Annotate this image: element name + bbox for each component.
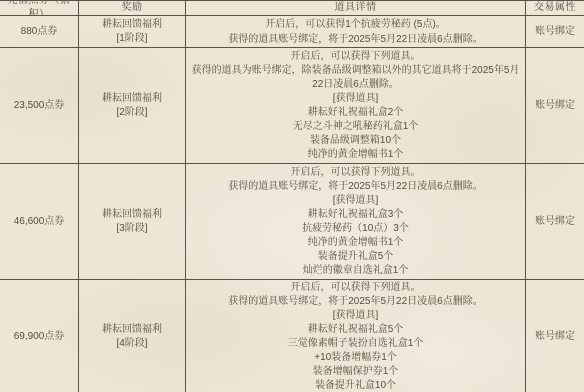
details-cell: 开启后，可以获得下列道具。 获得的道具账号绑定，将于2025年5月22日凌晨6点… (186, 164, 526, 280)
detail-line: 三觉像素帽子装扮自选礼盒1个 (288, 337, 424, 351)
reward-line: [2阶段] (116, 106, 147, 120)
reward-cell: 耕耘回馈福利 [1阶段] (79, 16, 186, 48)
detail-line: +10装备增幅券1个 (314, 351, 397, 365)
reward-line: 耕耘回馈福利 (102, 208, 162, 222)
detail-line: 耕耘好礼祝福礼盒5个 (308, 323, 404, 337)
detail-line: 开启后，可以获得下列道具。 (291, 281, 421, 295)
details-cell: 开启后，可以获得下列道具。 获得的道具账号绑定，将于2025年5月22日凌晨6点… (186, 280, 526, 392)
points-cell: 69,900点券 (0, 280, 79, 392)
detail-line: 获得的道具账号绑定，将于2025年5月22日凌晨6点删除。 (228, 32, 483, 47)
detail-line: 纯净的黄金增幅书1个 (308, 236, 404, 250)
recharge-reward-table: 充值点券（累积） 奖励 道具详情 交易属性 880点券 耕耘回馈福利 [1阶段]… (0, 0, 584, 392)
reward-cell: 耕耘回馈福利 [4阶段] (79, 280, 186, 392)
col-header-recharge-points: 充值点券（累积） (0, 1, 79, 16)
detail-line: 开启后，可以获得1个抗疲劳秘药 (5点)。 (265, 17, 446, 32)
reward-line: 耕耘回馈福利 (102, 18, 162, 32)
detail-line: 开启后，可以获得下列道具。 (291, 50, 421, 64)
detail-line: 耕耘好礼祝福礼盒2个 (308, 106, 404, 120)
reward-cell: 耕耘回馈福利 [3阶段] (79, 164, 186, 280)
detail-line: 装备品级调整箱10个 (310, 134, 401, 148)
detail-line: [获得道具] (333, 309, 379, 323)
detail-line: 装备提升礼盒10个 (315, 379, 396, 392)
points-cell: 880点券 (0, 16, 79, 48)
trade-cell: 账号绑定 (526, 164, 584, 280)
points-cell: 23,500点券 (0, 48, 79, 164)
detail-line: 耕耘好礼祝福礼盒3个 (308, 208, 404, 222)
detail-line: 获得的道具为账号绑定，除装备品级调整箱以外的其它道具将于2025年5月 (192, 64, 520, 78)
details-cell: 开启后，可以获得1个抗疲劳秘药 (5点)。 获得的道具账号绑定，将于2025年5… (186, 16, 526, 48)
reward-line: 耕耘回馈福利 (102, 323, 162, 337)
detail-line: 获得的道具账号绑定，将于2025年5月22日凌晨6点删除。 (228, 180, 483, 194)
trade-cell: 账号绑定 (526, 16, 584, 48)
reward-line: [4阶段] (116, 337, 147, 351)
detail-line: 22日凌晨6点删除。 (312, 78, 399, 92)
trade-cell: 账号绑定 (526, 48, 584, 164)
detail-line: 装备提升礼盒5个 (318, 250, 394, 264)
reward-line: [3阶段] (116, 222, 147, 236)
reward-line: 耕耘回馈福利 (102, 92, 162, 106)
col-header-item-details: 道具详情 (186, 1, 526, 16)
reward-cell: 耕耘回馈福利 [2阶段] (79, 48, 186, 164)
detail-line: 抗疲劳秘药（10点）3个 (302, 222, 409, 236)
details-cell: 开启后，可以获得下列道具。 获得的道具为账号绑定，除装备品级调整箱以外的其它道具… (186, 48, 526, 164)
detail-line: 开启后，可以获得下列道具。 (291, 166, 421, 180)
detail-line: 装备增幅保护券1个 (313, 365, 399, 379)
reward-table-screen: 充值点券（累积） 奖励 道具详情 交易属性 880点券 耕耘回馈福利 [1阶段]… (0, 0, 584, 392)
reward-line: [1阶段] (116, 32, 147, 46)
detail-line: 灿烂的徽章自选礼盒1个 (303, 264, 409, 278)
trade-cell: 账号绑定 (526, 280, 584, 392)
detail-line: [获得道具] (333, 92, 379, 106)
points-cell: 46,600点券 (0, 164, 79, 280)
detail-line: 获得的道具账号绑定，将于2025年5月22日凌晨6点删除。 (228, 295, 483, 309)
col-header-trade-attribute: 交易属性 (526, 1, 584, 16)
detail-line: [获得道具] (333, 194, 379, 208)
detail-line: 无尽之斗神之吼秘药礼盒1个 (293, 120, 419, 134)
col-header-reward: 奖励 (79, 1, 186, 16)
detail-line: 纯净的黄金增幅书1个 (308, 148, 404, 162)
